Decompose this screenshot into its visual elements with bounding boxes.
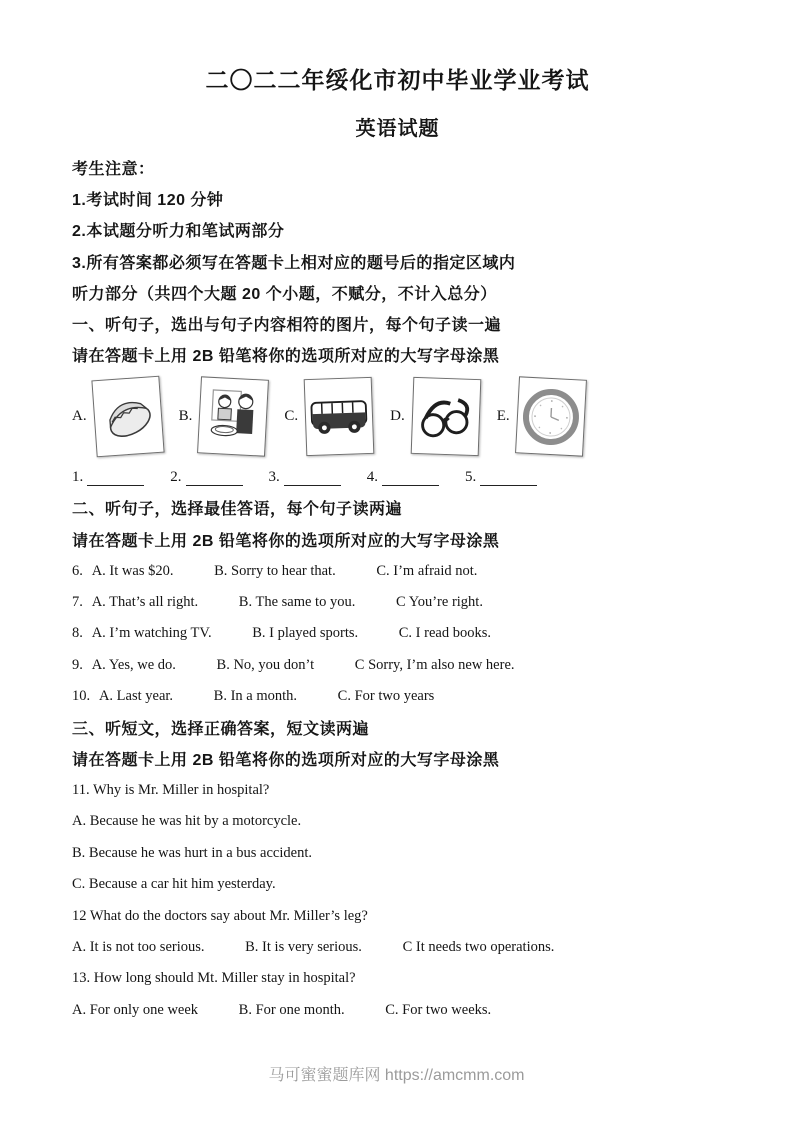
notice-item-1: 1.考试时间 120 分钟	[72, 191, 723, 210]
question-9: 9. A. Yes, we do. B. No, you don’t C Sor…	[72, 657, 723, 674]
question-11-option-b: B. Because he was hurt in a bus accident…	[72, 845, 723, 862]
blank-underline	[186, 471, 243, 486]
option-b: B. For one month.	[239, 1002, 345, 1018]
question-number: 7.	[72, 594, 83, 610]
question-6: 6. A. It was $20. B. Sorry to hear that.…	[72, 563, 723, 580]
option-a: A. It was $20.	[92, 563, 174, 579]
blank-underline	[284, 471, 341, 486]
option-c: C. I’m afraid not.	[376, 563, 477, 579]
option-b: B. In a month.	[214, 688, 297, 704]
option-b: B. Sorry to hear that.	[214, 563, 336, 579]
question-number: 10.	[72, 688, 90, 704]
clock-icon	[515, 377, 587, 457]
exam-subtitle: 英语试题	[72, 112, 723, 141]
picture-option-a: A.	[72, 378, 162, 455]
blank-number: 2.	[170, 469, 181, 486]
notice-heading: 考生注意：	[72, 160, 723, 179]
answer-blanks-row: 1. 2. 3. 4. 5.	[72, 469, 723, 486]
option-a: A. That’s all right.	[92, 594, 198, 610]
question-13: 13. How long should Mt. Miller stay in h…	[72, 970, 723, 987]
question-12: 12 What do the doctors say about Mr. Mil…	[72, 908, 723, 925]
picture-option-d: D.	[390, 378, 480, 455]
blank-number: 3.	[269, 469, 280, 486]
blank-number: 4.	[367, 469, 378, 486]
section2-title: 二、听句子，选择最佳答语，每个句子读两遍	[72, 500, 723, 519]
blank-underline	[87, 471, 144, 486]
question-13-options: A. For only one week B. For one month. C…	[72, 1002, 723, 1019]
blank-number: 1.	[72, 469, 83, 486]
option-c: C Sorry, I’m also new here.	[355, 657, 515, 673]
option-c: C You’re right.	[396, 594, 483, 610]
question-number: 6.	[72, 563, 83, 579]
option-a: A. It is not too serious.	[72, 939, 205, 955]
notice-item-3: 3.所有答案都必须写在答题卡上相对应的题号后的指定区域内	[72, 254, 723, 273]
picture-label-b: B.	[179, 408, 193, 425]
answer-blank-2: 2.	[170, 469, 242, 486]
picture-label-e: E.	[497, 408, 510, 425]
option-c: C. For two years	[338, 688, 435, 704]
watermark-footer: 马可蜜蜜题库网 https://amcmm.com	[0, 1062, 793, 1085]
section2-instruction: 请在答题卡上用 2B 铅笔将你的选项所对应的大写字母涂黑	[72, 532, 723, 551]
question-11-option-c: C. Because a car hit him yesterday.	[72, 876, 723, 893]
answer-blank-1: 1.	[72, 469, 144, 486]
option-c: C. For two weeks.	[385, 1002, 491, 1018]
option-b: B. I played sports.	[252, 625, 358, 641]
picture-label-c: C.	[284, 408, 298, 425]
section3-instruction: 请在答题卡上用 2B 铅笔将你的选项所对应的大写字母涂黑	[72, 751, 723, 770]
answer-blank-5: 5.	[465, 469, 537, 486]
section1-instruction: 请在答题卡上用 2B 铅笔将你的选项所对应的大写字母涂黑	[72, 347, 723, 366]
answer-blank-4: 4.	[367, 469, 439, 486]
section1-title: 一、听句子，选出与句子内容相符的图片，每个句子读一遍	[72, 316, 723, 335]
option-c: C It needs two operations.	[403, 939, 555, 955]
notice-item-2: 2.本试题分听力和笔试两部分	[72, 222, 723, 241]
question-10: 10. A. Last year. B. In a month. C. For …	[72, 688, 723, 705]
answer-blank-3: 3.	[269, 469, 341, 486]
picture-option-b: B.	[179, 378, 268, 455]
blank-underline	[480, 471, 537, 486]
question-7: 7. A. That’s all right. B. The same to y…	[72, 594, 723, 611]
picture-label-a: A.	[72, 408, 87, 425]
glasses-icon	[410, 377, 481, 456]
bus-icon	[304, 377, 375, 456]
option-a: A. I’m watching TV.	[92, 625, 212, 641]
question-11-option-a: A. Because he was hit by a motorcycle.	[72, 813, 723, 830]
blank-number: 5.	[465, 469, 476, 486]
kids-washing-dishes-icon	[197, 377, 269, 457]
picture-options-row: A. B.	[72, 378, 723, 455]
blank-underline	[382, 471, 439, 486]
question-number: 8.	[72, 625, 83, 641]
option-a: A. Last year.	[99, 688, 173, 704]
exam-title: 二〇二二年绥化市初中毕业学业考试	[72, 62, 723, 95]
option-a: A. Yes, we do.	[92, 657, 176, 673]
picture-label-d: D.	[390, 408, 405, 425]
listening-part-heading: 听力部分（共四个大题 20 个小题，不赋分，不计入总分）	[72, 285, 723, 304]
question-11: 11. Why is Mr. Miller in hospital?	[72, 782, 723, 799]
option-c: C. I read books.	[399, 625, 491, 641]
section3-title: 三、听短文，选择正确答案，短文读两遍	[72, 720, 723, 739]
option-b: B. No, you don’t	[217, 657, 315, 673]
question-8: 8. A. I’m watching TV. B. I played sport…	[72, 625, 723, 642]
exam-paper-page: 二〇二二年绥化市初中毕业学业考试 英语试题 考生注意： 1.考试时间 120 分…	[0, 0, 793, 1019]
option-a: A. For only one week	[72, 1002, 198, 1018]
picture-option-e: E.	[497, 378, 585, 455]
hot-dog-icon	[91, 376, 164, 458]
question-number: 9.	[72, 657, 83, 673]
option-b: B. The same to you.	[239, 594, 356, 610]
question-12-options: A. It is not too serious. B. It is very …	[72, 939, 723, 956]
picture-option-c: C.	[284, 378, 373, 455]
option-b: B. It is very serious.	[245, 939, 362, 955]
